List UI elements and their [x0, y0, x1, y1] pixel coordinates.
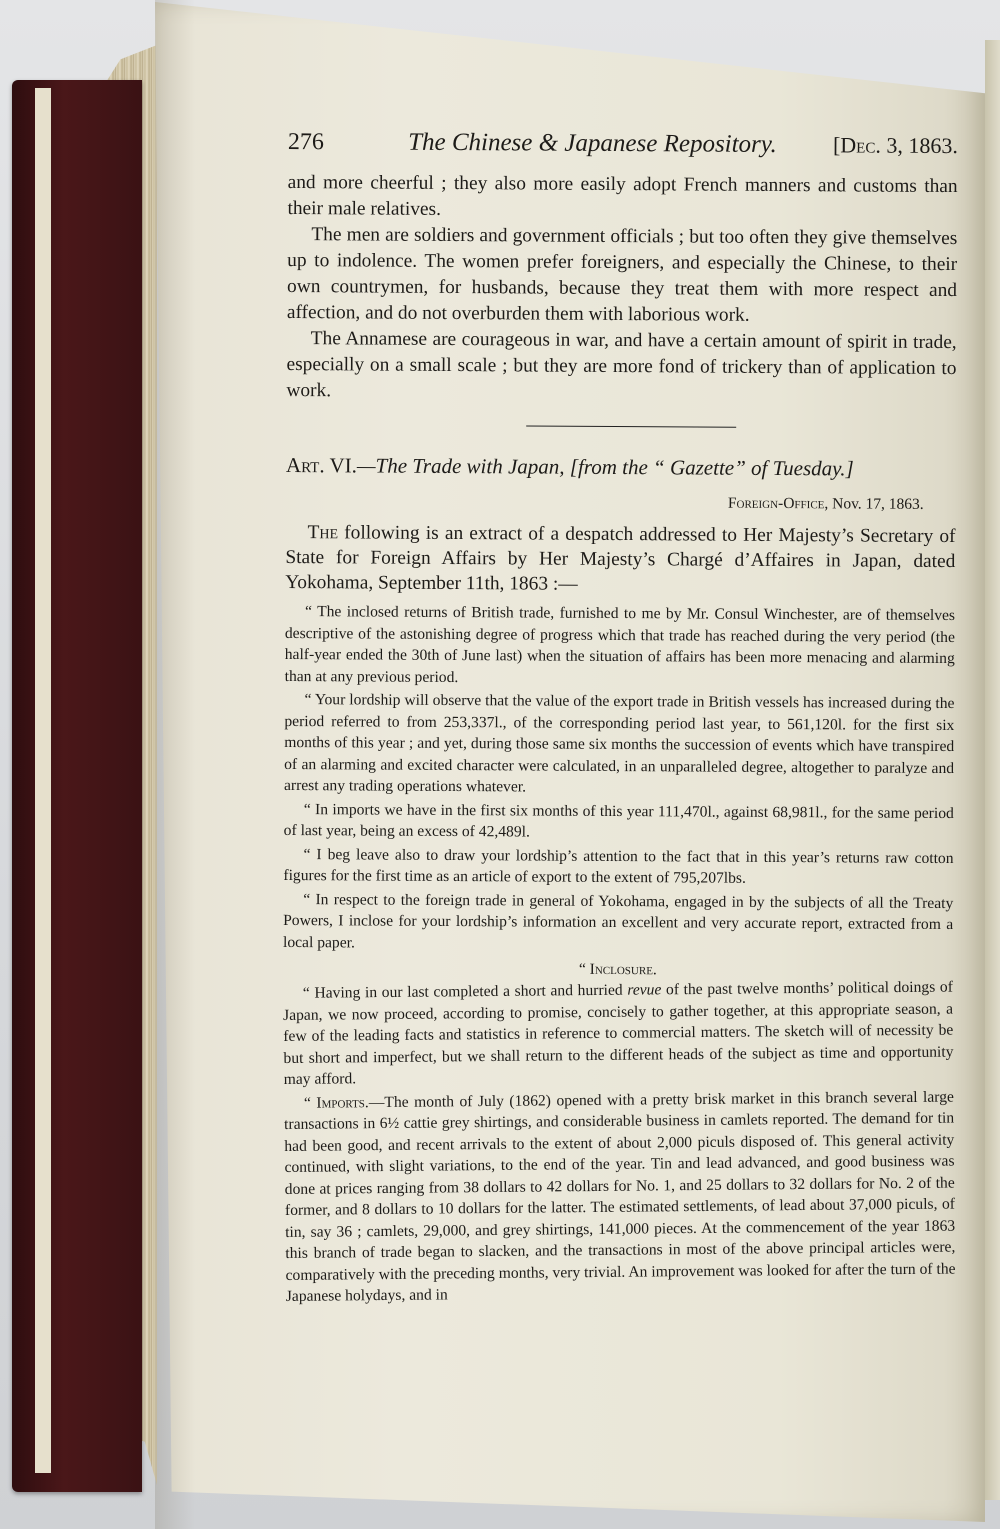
paragraph: and more cheerful ; they also more easil… [287, 170, 957, 226]
page-content: 276 The Chinese & Japanese Repository. [… [281, 128, 958, 1313]
paragraph: The men are soldiers and government offi… [287, 222, 958, 330]
date-rest: 3, 1863. [886, 133, 958, 158]
page-number: 276 [288, 129, 324, 156]
paragraph: The Annamese are courageous in war, and … [286, 326, 956, 408]
continued-article: and more cheerful ; they also more easil… [286, 170, 957, 408]
dateline-office: Foreign-Office, [728, 495, 828, 513]
despatch-paragraph: “ Your lordship will observe that the va… [284, 689, 955, 801]
intro-first-word: The [307, 522, 338, 543]
issue-date: [Dec. 3, 1863. [833, 132, 958, 159]
gutter-shadow [155, 0, 195, 1529]
journal-title: The Chinese & Japanese Repository. [408, 129, 777, 159]
article-title: —The Trade with Japan, [357, 453, 565, 478]
despatch-paragraph: “ In respect to the foreign trade in gen… [283, 888, 953, 957]
article-heading: Art. VI.—The Trade with Japan, [from the… [286, 453, 956, 482]
imports-paragraph: “ Imports.—The month of July (1862) open… [284, 1086, 956, 1307]
inclosure-body: “ Having in our last completed a short a… [283, 976, 956, 1307]
date-month: Dec. [840, 132, 881, 157]
intro-rest: following is an extract of a despatch ad… [285, 522, 955, 594]
despatch-extract: “ The inclosed returns of British trade,… [281, 601, 955, 1311]
imports-text: —The month of July (1862) opened with a … [284, 1088, 956, 1305]
dateline: Foreign-Office, Nov. 17, 1863. [286, 492, 956, 514]
article-intro: The following is an extract of a despatc… [285, 520, 955, 599]
inclosure-text: “ Having in our last completed a short a… [303, 981, 628, 1001]
section-divider [526, 425, 736, 427]
inclosure-paragraph: “ Having in our last completed a short a… [283, 976, 954, 1090]
dateline-date: Nov. 17, 1863. [828, 495, 924, 513]
book-binding-cover [12, 80, 142, 1492]
facing-page-edge [985, 40, 1000, 1500]
running-head: 276 The Chinese & Japanese Repository. [… [288, 128, 958, 160]
despatch-paragraph: “ In imports we have in the first six mo… [284, 798, 954, 845]
despatch-paragraph: “ I beg leave also to draw your lordship… [283, 843, 953, 890]
despatch-paragraph: “ The inclosed returns of British trade,… [285, 601, 956, 691]
imports-label: “ Imports. [304, 1093, 369, 1111]
article-source: [from the “ Gazette” of Tuesday.] [565, 455, 854, 481]
article-number: Art. VI. [286, 453, 357, 477]
intro-paragraph: The following is an extract of a despatc… [285, 520, 955, 599]
book-flyleaf [35, 88, 51, 1473]
inclosure-italic-word: revue [627, 981, 661, 998]
